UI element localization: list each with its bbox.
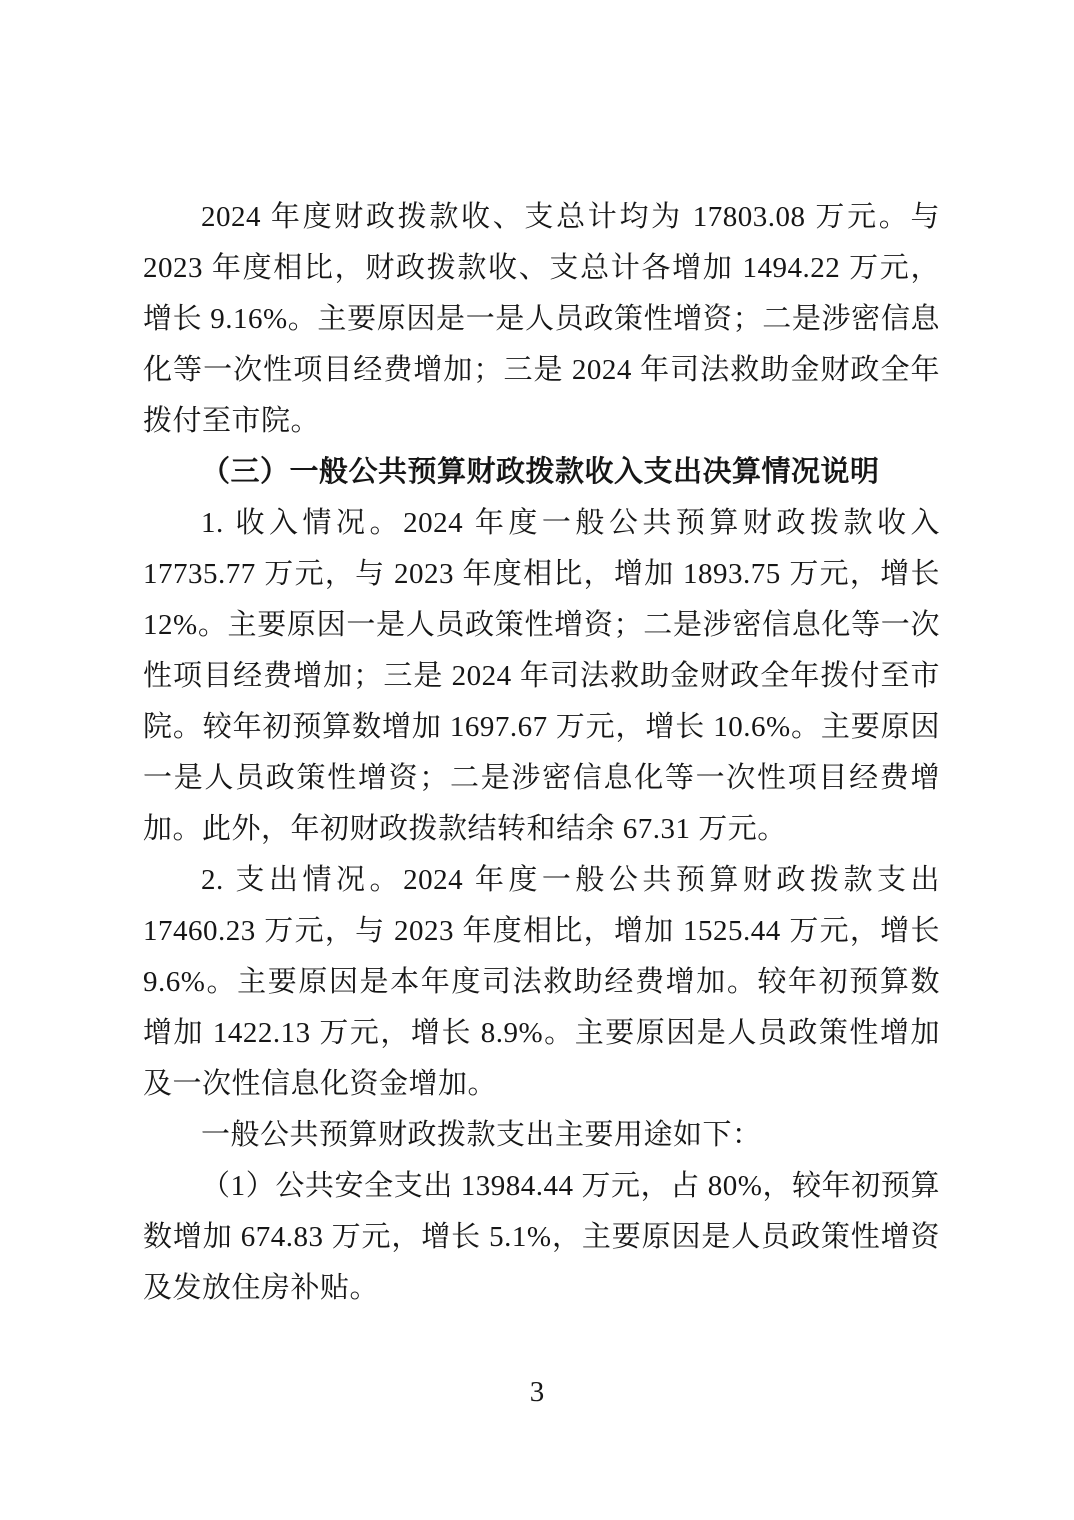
- document-page: 2024 年度财政拨款收、支总计均为 17803.08 万元。与 2023 年度…: [0, 0, 1074, 1520]
- page-number: 3: [0, 1372, 1074, 1412]
- section-heading-general-budget: （三）一般公共预算财政拨款收入支出决算情况说明: [143, 447, 940, 498]
- paragraph-public-safety-expenditure: （1）公共安全支出 13984.44 万元，占 80%，较年初预算数增加 674…: [143, 1161, 940, 1314]
- paragraph-income-situation: 1. 收入情况。2024 年度一般公共预算财政拨款收入 17735.77 万元，…: [143, 498, 940, 855]
- document-body: 2024 年度财政拨款收、支总计均为 17803.08 万元。与 2023 年度…: [143, 192, 940, 1314]
- paragraph-fiscal-total-overview: 2024 年度财政拨款收、支总计均为 17803.08 万元。与 2023 年度…: [143, 192, 940, 447]
- paragraph-usage-intro: 一般公共预算财政拨款支出主要用途如下：: [143, 1110, 940, 1161]
- paragraph-expenditure-situation: 2. 支出情况。2024 年度一般公共预算财政拨款支出 17460.23 万元，…: [143, 855, 940, 1110]
